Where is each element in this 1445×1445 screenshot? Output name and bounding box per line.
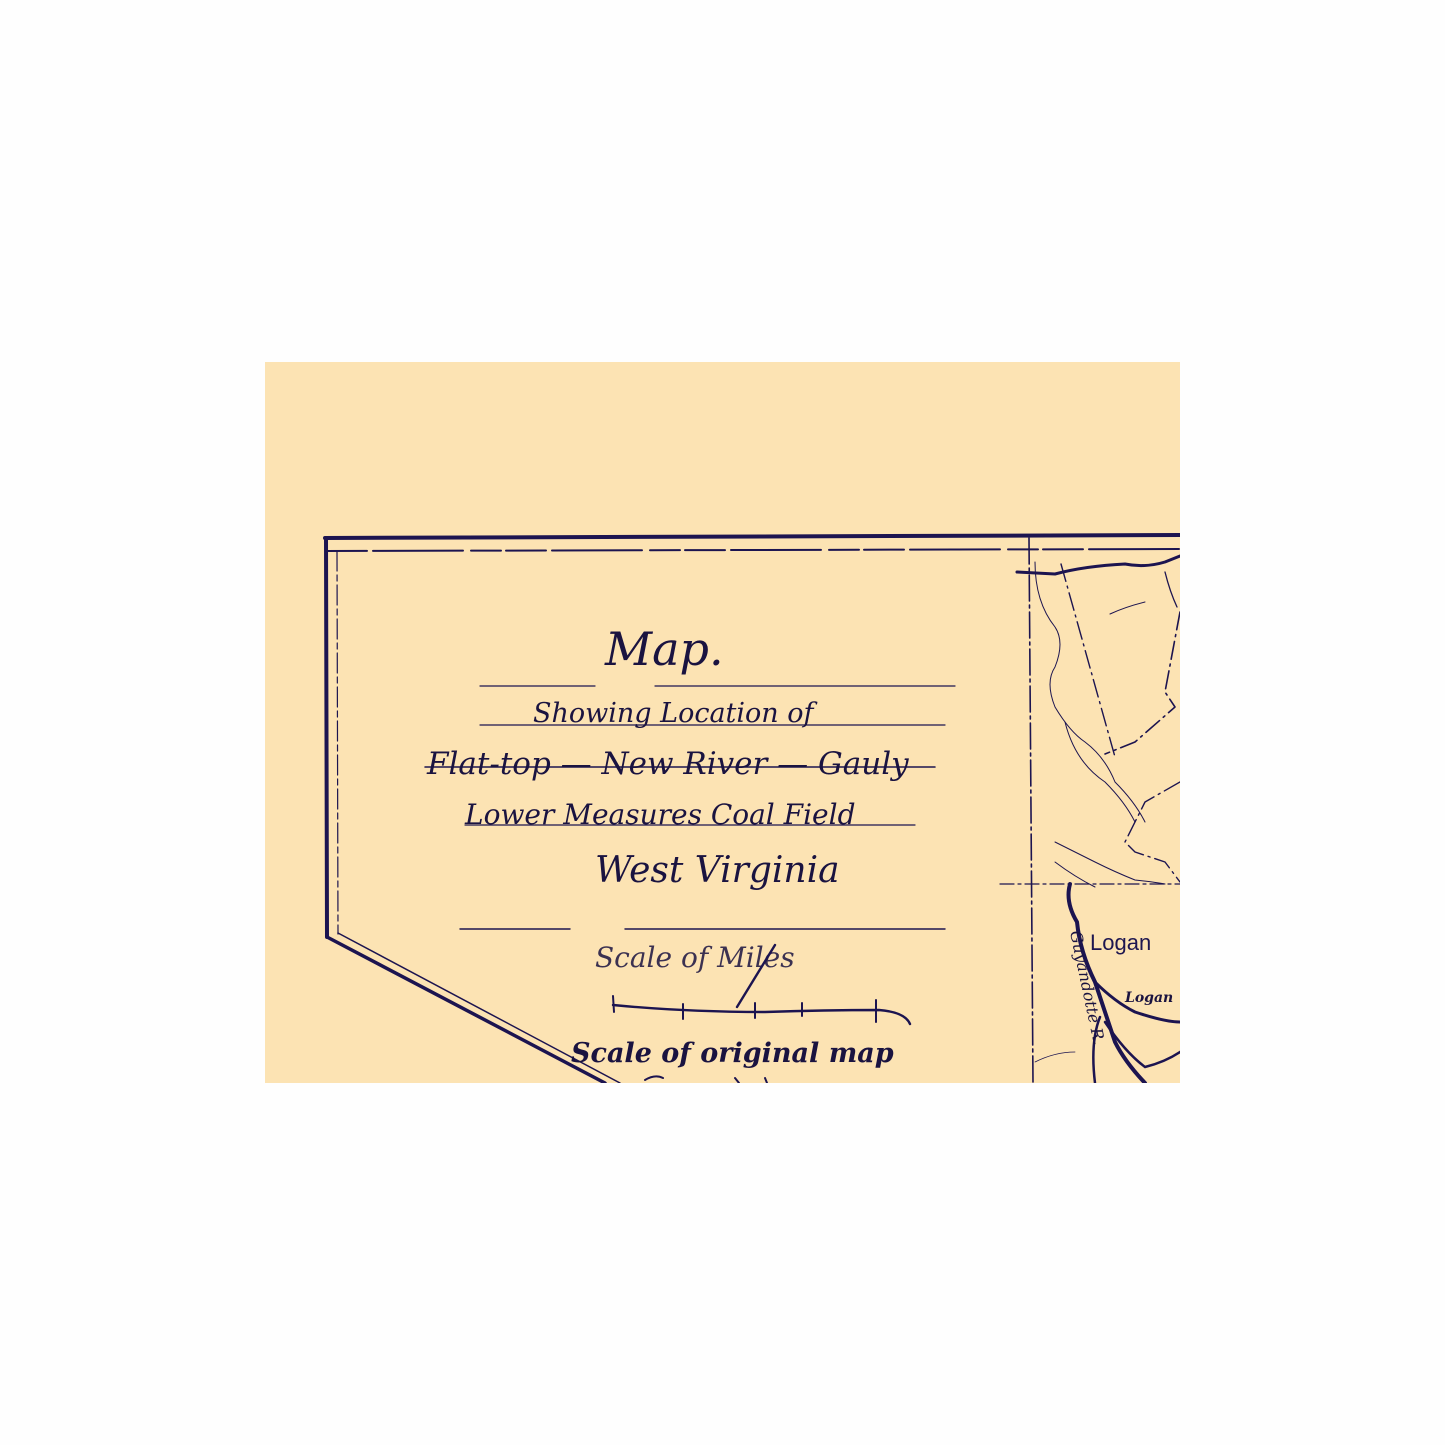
border-left-outer [326,538,327,937]
place-label-logan: Logan [1090,930,1151,955]
map-title-line1: Flat-top — New River — Gauly [426,746,909,782]
scale-note: Scale of original map [571,1038,894,1069]
map-sheet: Map. Showing Location of Flat-top — New … [265,362,1180,1083]
map-title: Map. [604,622,724,676]
border-top-inner [327,549,1180,551]
map-title-line2: Lower Measures Coal Field [464,798,856,831]
place-label-logan-town: Logan [1124,990,1173,1006]
border-diagonal-outer [327,937,605,1083]
scale-note-continued [645,1076,767,1083]
border-top-outer [325,535,1180,538]
border-left-inner [337,551,338,934]
panel-divider [1029,538,1033,1083]
map-subtitle: Showing Location of [533,698,818,729]
scale-label: Scale of Miles [595,941,795,974]
map-drawing: Map. Showing Location of Flat-top — New … [265,362,1180,1083]
map-region: West Virginia [595,850,840,891]
